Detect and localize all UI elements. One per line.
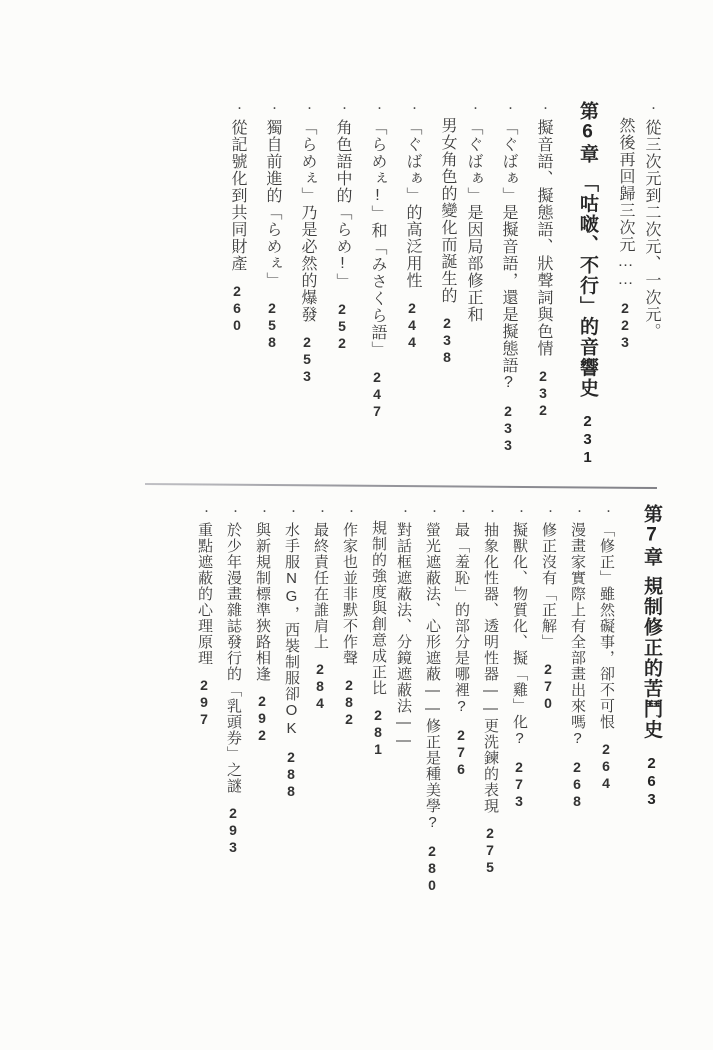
bullet-icon: ・ — [254, 506, 270, 516]
toc-entry: ・與新規制標準狹路相逢292 — [254, 504, 270, 894]
toc-entry-page: 293 — [225, 805, 241, 856]
toc-line: ・擬音語、擬態語、狀聲詞與色情232 — [534, 101, 552, 467]
toc-entry-text: 男女角色的變化而誕生的 — [439, 117, 456, 304]
toc-entry-page: 276 — [453, 727, 469, 778]
toc-entry-text: 修正沒有「正解」 — [540, 522, 557, 650]
toc-entry: ・「ぐばぁ」是因局部修正和 男女角色的變化而誕生的238 — [438, 101, 482, 467]
chapter7-section: 第7章規制修正的苦鬥史263 ・「修正」雖然礙事，卻不可恨264 ・漫畫家實際上… — [183, 504, 663, 894]
toc-entry-page: 288 — [283, 749, 299, 800]
bullet-icon: ・ — [643, 103, 660, 113]
toc-entry: ・螢光遮蔽法、心形遮蔽——修正是種美學?280 — [424, 504, 440, 894]
toc-entry-text: 水手服NG，西裝制服卻OK — [283, 522, 300, 738]
toc-entry: ・水手服NG，西裝制服卻OK288 — [283, 504, 299, 894]
toc-entry-page: 273 — [511, 759, 527, 810]
bullet-icon: ・ — [334, 103, 351, 113]
toc-entry-text: 「ぐばぁ」是擬音語，還是擬態語? — [500, 119, 517, 392]
toc-entry-text: 從記號化到共同財產 — [229, 119, 246, 272]
toc-entry-text: 重點遮蔽的心理原理 — [196, 522, 213, 666]
chapter-page: 231 — [576, 413, 599, 467]
toc-entry: ・獨自前進的「らめぇ」258 — [263, 101, 281, 467]
toc-entry: ・「らめぇ」乃是必然的爆發253 — [298, 101, 316, 467]
toc-line: ・對話框遮蔽法、分鏡遮蔽法—— — [395, 504, 411, 894]
toc-entry-text: 從三次元到二次元、一次元。 — [643, 119, 660, 340]
toc-entry-text: 最終責任在誰肩上 — [312, 522, 329, 650]
toc-line: ・「ぐばぁ」是因局部修正和 — [465, 101, 482, 467]
bullet-icon: ・ — [229, 103, 246, 113]
toc-line: 男女角色的變化而誕生的238 — [438, 101, 456, 467]
bullet-icon: ・ — [535, 103, 552, 113]
toc-entry-page: 284 — [312, 661, 328, 712]
toc-line: ・螢光遮蔽法、心形遮蔽——修正是種美學?280 — [424, 504, 440, 894]
toc-entry-text: 作家也並非默不作聲 — [341, 522, 358, 666]
bullet-icon: ・ — [312, 506, 328, 516]
toc-line: ・水手服NG，西裝制服卻OK288 — [283, 504, 299, 894]
bullet-icon: ・ — [540, 506, 556, 516]
bullet-icon: ・ — [482, 506, 498, 516]
toc-entry-text: 螢光遮蔽法、心形遮蔽——修正是種美學? — [424, 522, 441, 832]
toc-entry-text: 與新規制標準狹路相逢 — [254, 522, 271, 682]
toc-entry: ・「ぐばぁ」是擬音語，還是擬態語?233 — [499, 101, 517, 467]
bullet-icon: ・ — [598, 506, 614, 516]
toc-line: ・作家也並非默不作聲282 — [341, 504, 357, 894]
chapter-6-heading: 第6章「咕啵、不行」的音響史231 — [576, 101, 599, 467]
toc-entry-text: 「ぐばぁ」是因局部修正和 — [465, 119, 482, 323]
toc-entry-text: 擬音語、擬態語、狀聲詞與色情 — [535, 119, 552, 357]
toc-entry-text: 角色語中的「らめ!」 — [334, 119, 351, 290]
chapter-page: 263 — [640, 755, 663, 809]
toc-line: ・最「羞恥」的部分是哪裡?276 — [453, 504, 469, 894]
toc-entry-text: 「ぐばぁ」的高泛用性 — [404, 119, 421, 289]
toc-entry-text: 「らめぇ!」和「みさくら語」 — [369, 119, 386, 358]
toc-entry-page: 292 — [254, 693, 270, 744]
chapter-title: 「咕啵、不行」的音響史 — [576, 173, 599, 399]
toc-entry-text: 於少年漫畫雜誌發行的「乳頭券」之謎 — [225, 522, 242, 794]
toc-entry-page: 247 — [368, 369, 385, 420]
bullet-icon: ・ — [404, 103, 421, 113]
toc-entry-text: 抽象化性器、透明性器——更洗鍊的表現 — [482, 522, 499, 814]
bullet-icon: ・ — [341, 506, 357, 516]
toc-entry-page: 258 — [263, 300, 280, 351]
toc-entry-page: 268 — [569, 759, 585, 810]
bullet-icon: ・ — [453, 506, 469, 516]
toc-entry-page: 260 — [228, 283, 245, 334]
toc-entry: ・重點遮蔽的心理原理297 — [196, 504, 212, 894]
chapter-number: 第6章 — [577, 101, 598, 165]
chapter-title: 規制修正的苦鬥史 — [640, 576, 663, 740]
carryover-entry: ・從三次元到二次元、一次元。 然後再回歸三次元……223 — [616, 101, 660, 467]
bullet-icon: ・ — [283, 506, 299, 516]
toc-entry-text: 規制的強度與創意成正比 — [370, 520, 387, 696]
toc-line: ・修正沒有「正解」270 — [540, 504, 556, 894]
toc-entry: ・對話框遮蔽法、分鏡遮蔽法—— 規制的強度與創意成正比281 — [370, 504, 411, 894]
toc-line: ・抽象化性器、透明性器——更洗鍊的表現275 — [482, 504, 498, 894]
toc-entry-text: 然後再回歸三次元…… — [617, 117, 634, 289]
bullet-icon: ・ — [225, 506, 241, 516]
toc-entry: ・抽象化性器、透明性器——更洗鍊的表現275 — [482, 504, 498, 894]
toc-page: ・從三次元到二次元、一次元。 然後再回歸三次元……223 第6章「咕啵、不行」的… — [0, 0, 713, 1050]
toc-entry: ・最「羞恥」的部分是哪裡?276 — [453, 504, 469, 894]
toc-entry-text: 「らめぇ」乃是必然的爆發 — [299, 119, 316, 323]
toc-entry: ・作家也並非默不作聲282 — [341, 504, 357, 894]
toc-line: ・「ぐばぁ」是擬音語，還是擬態語?233 — [499, 101, 517, 467]
toc-line: ・與新規制標準狹路相逢292 — [254, 504, 270, 894]
toc-entry-page: 275 — [482, 825, 498, 876]
toc-entry: ・從記號化到共同財產260 — [228, 101, 246, 467]
chapter-number: 第7章 — [641, 504, 662, 568]
toc-entry: ・「修正」雖然礙事，卻不可恨264 — [598, 504, 614, 894]
toc-entry-page: 264 — [598, 741, 614, 792]
toc-entry-page: 233 — [499, 403, 516, 454]
toc-line: ・重點遮蔽的心理原理297 — [196, 504, 212, 894]
toc-entry: ・「ぐばぁ」的高泛用性244 — [403, 101, 421, 467]
bullet-icon: ・ — [196, 506, 212, 516]
bullet-icon: ・ — [264, 103, 281, 113]
toc-line: ・獨自前進的「らめぇ」258 — [263, 101, 281, 467]
toc-entry: ・最終責任在誰肩上284 — [312, 504, 328, 894]
toc-line: ・最終責任在誰肩上284 — [312, 504, 328, 894]
toc-line: ・從記號化到共同財產260 — [228, 101, 246, 467]
toc-line: 然後再回歸三次元……223 — [616, 101, 634, 467]
toc-line: ・漫畫家實際上有全部畫出來嗎?268 — [569, 504, 585, 894]
toc-entry-page: 252 — [333, 301, 350, 352]
bullet-icon: ・ — [511, 506, 527, 516]
toc-line: ・擬獸化、物質化、擬「雞」化?273 — [511, 504, 527, 894]
toc-entry-page: 280 — [424, 843, 440, 894]
toc-entry: ・擬獸化、物質化、擬「雞」化?273 — [511, 504, 527, 894]
toc-entry-text: 「修正」雖然礙事，卻不可恨 — [598, 522, 615, 730]
toc-line: 規制的強度與創意成正比281 — [370, 504, 386, 894]
toc-line: ・「らめぇ!」和「みさくら語」247 — [368, 101, 386, 467]
toc-entry-page: 232 — [534, 368, 551, 419]
toc-entry: ・於少年漫畫雜誌發行的「乳頭券」之謎293 — [225, 504, 241, 894]
bullet-icon: ・ — [465, 103, 482, 113]
chapter6-section: ・從三次元到二次元、一次元。 然後再回歸三次元……223 第6章「咕啵、不行」的… — [211, 101, 660, 467]
bullet-icon: ・ — [299, 103, 316, 113]
toc-entry-page: 297 — [196, 677, 212, 728]
bullet-icon: ・ — [424, 506, 440, 516]
toc-entry: ・角色語中的「らめ!」252 — [333, 101, 351, 467]
toc-entry-text: 最「羞恥」的部分是哪裡? — [453, 522, 470, 716]
toc-entry-page: 244 — [403, 300, 420, 351]
bullet-icon: ・ — [500, 103, 517, 113]
toc-entry: ・修正沒有「正解」270 — [540, 504, 556, 894]
toc-line: ・「らめぇ」乃是必然的爆發253 — [298, 101, 316, 467]
chapter-7-heading: 第7章規制修正的苦鬥史263 — [640, 504, 663, 894]
toc-entry-page: 270 — [540, 661, 556, 712]
bullet-icon: ・ — [569, 506, 585, 516]
toc-line: ・「ぐばぁ」的高泛用性244 — [403, 101, 421, 467]
toc-entry-text: 擬獸化、物質化、擬「雞」化? — [511, 522, 528, 748]
bullet-icon: ・ — [369, 103, 386, 113]
toc-entry-page: 282 — [341, 677, 357, 728]
toc-entry: ・漫畫家實際上有全部畫出來嗎?268 — [569, 504, 585, 894]
toc-line: ・角色語中的「らめ!」252 — [333, 101, 351, 467]
toc-entry-page: 253 — [298, 334, 315, 385]
toc-entry-page: 281 — [370, 707, 386, 758]
toc-entry-text: 漫畫家實際上有全部畫出來嗎? — [569, 522, 586, 748]
section-divider — [145, 483, 657, 489]
toc-entry: ・擬音語、擬態語、狀聲詞與色情232 — [534, 101, 552, 467]
toc-line: ・於少年漫畫雜誌發行的「乳頭券」之謎293 — [225, 504, 241, 894]
bullet-icon: ・ — [395, 506, 411, 516]
toc-line: ・「修正」雖然礙事，卻不可恨264 — [598, 504, 614, 894]
toc-line: ・從三次元到二次元、一次元。 — [643, 101, 660, 467]
toc-entry-page: 238 — [438, 315, 455, 366]
toc-entry-text: 獨自前進的「らめぇ」 — [264, 119, 281, 289]
toc-entry-text: 對話框遮蔽法、分鏡遮蔽法—— — [395, 522, 412, 750]
toc-entry: ・「らめぇ!」和「みさくら語」247 — [368, 101, 386, 467]
toc-entry-page: 223 — [616, 300, 633, 351]
